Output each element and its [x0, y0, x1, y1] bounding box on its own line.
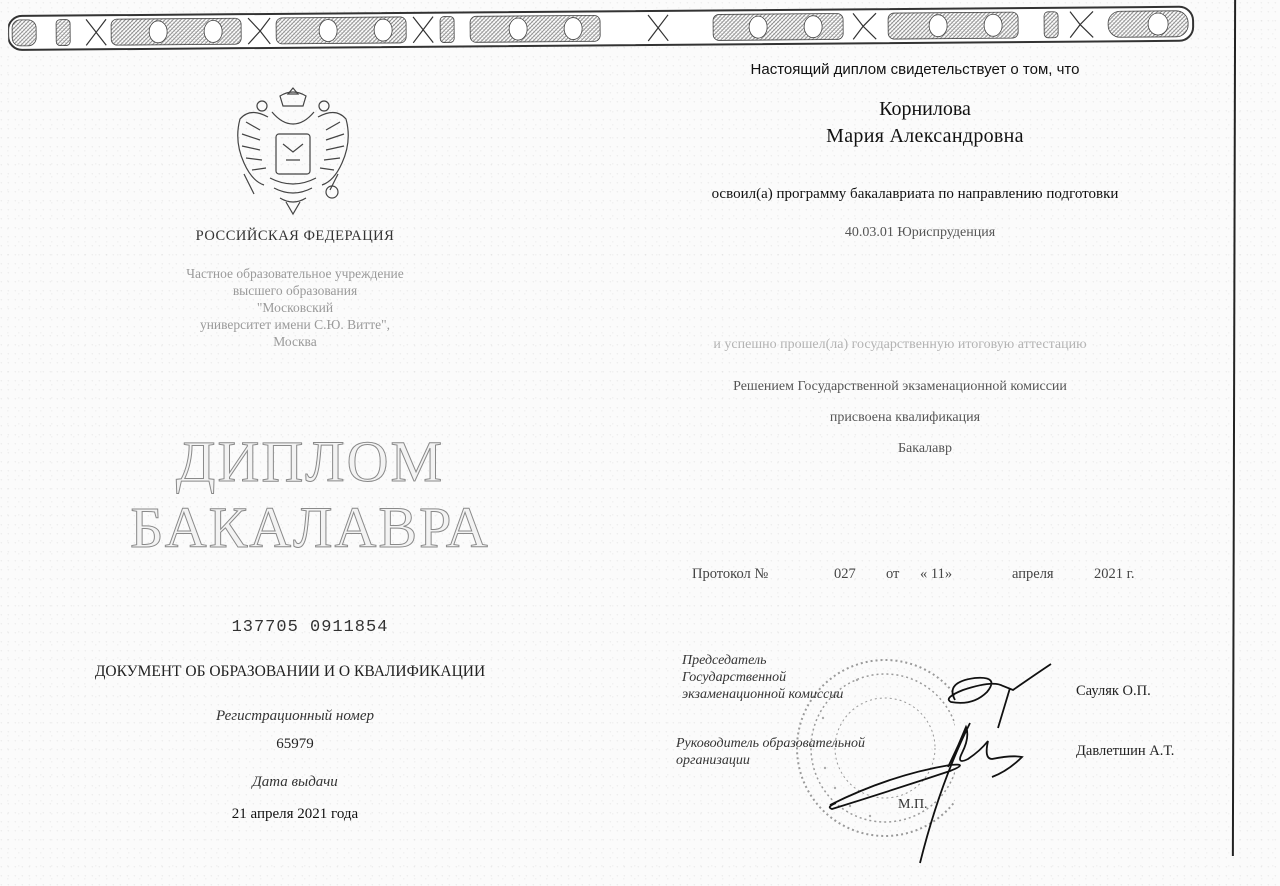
country-name: РОССИЙСКАЯ ФЕДЕРАЦИЯ	[150, 228, 440, 245]
serial-number: 137705 0911854	[180, 618, 440, 637]
registration-label: Регистрационный номер	[150, 708, 440, 725]
ornamental-border	[8, 5, 1203, 52]
institution-line: Частное образовательное учреждение	[130, 265, 460, 282]
qualification: Бакалавр	[800, 441, 1050, 457]
page-edge-line	[1232, 0, 1236, 856]
institution-line: "Московский	[130, 299, 460, 316]
chair-name: Сауляк О.П.	[1076, 683, 1151, 700]
protocol-month: апреля	[1012, 566, 1054, 583]
certifies-text: Настоящий диплом свидетельствует о том, …	[680, 61, 1150, 78]
protocol-year: 2021 г.	[1094, 566, 1135, 583]
chair-title-line: Государственной	[682, 669, 843, 686]
institution-line: Москва	[130, 333, 460, 350]
protocol-label: Протокол №	[692, 566, 768, 583]
diploma-title-line1: ДИПЛОМ	[110, 428, 510, 495]
institution-line: университет имени С.Ю. Витте",	[130, 316, 460, 333]
institution-line: высшего образования	[130, 282, 460, 299]
graduate-given-names: Мария Александровна	[760, 125, 1090, 148]
head-signature	[820, 715, 1060, 865]
protocol-from: от	[886, 566, 899, 583]
issue-date: 21 апреля 2021 года	[150, 806, 440, 823]
head-name: Давлетшин А.Т.	[1076, 743, 1174, 760]
attestation-text: и успешно прошел(ла) государственную ито…	[640, 337, 1160, 353]
mastered-program-text: освоил(а) программу бакалавриата по напр…	[660, 186, 1170, 203]
institution-name: Частное образовательное учреждение высше…	[130, 265, 460, 350]
seal-place-label: М.П.	[898, 797, 928, 813]
protocol-number: 027	[834, 566, 856, 583]
registration-number: 65979	[150, 736, 440, 753]
issue-date-label: Дата выдачи	[150, 774, 440, 791]
diploma-title-line2: БАКАЛАВРА	[110, 494, 510, 561]
chair-title: Председатель Государственной экзаменацио…	[682, 652, 843, 703]
document-type: ДОКУМЕНТ ОБ ОБРАЗОВАНИИ И О КВАЛИФИКАЦИИ	[55, 663, 525, 681]
russian-coat-of-arms-icon	[228, 82, 358, 217]
program-name: 40.03.01 Юриспруденция	[720, 225, 1120, 241]
qualification-assigned-text: присвоена квалификация	[720, 410, 1090, 426]
chair-title-line: Председатель	[682, 652, 843, 669]
chair-title-line: экзаменационной комиссии	[682, 686, 843, 703]
graduate-surname: Корнилова	[760, 98, 1090, 121]
commission-decision-text: Решением Государственной экзаменационной…	[640, 379, 1160, 395]
protocol-day: « 11»	[920, 566, 952, 583]
